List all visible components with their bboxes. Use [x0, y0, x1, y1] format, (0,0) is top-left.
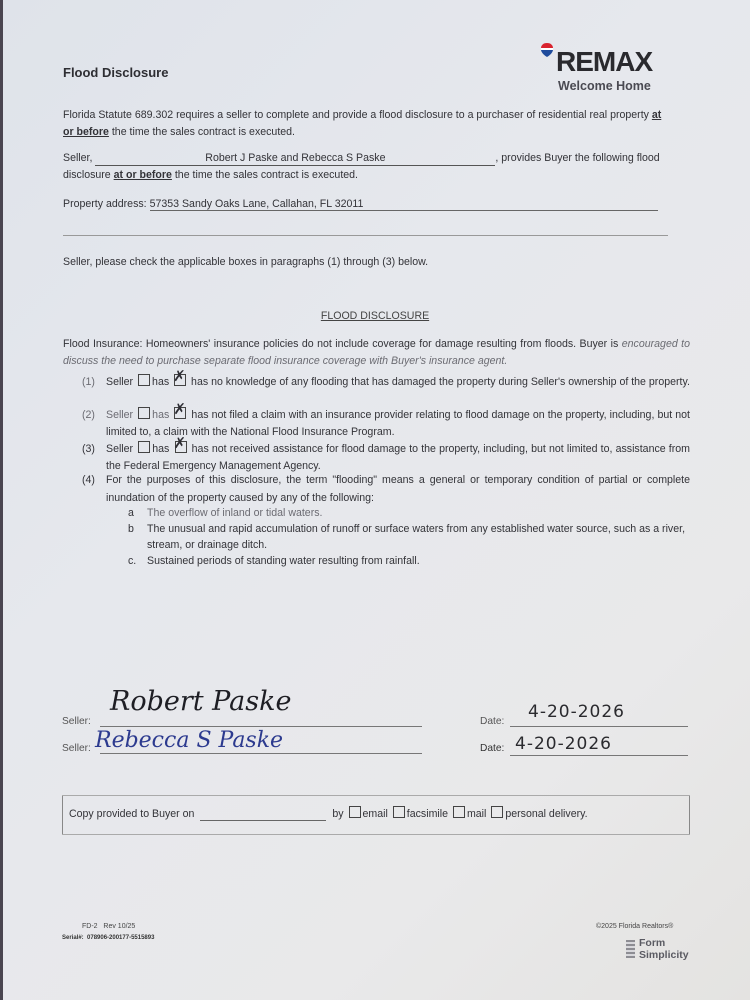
form-id: FD-2 Rev 10/25 [82, 923, 135, 930]
seller-1-signature-line [100, 726, 422, 727]
address-continuation-line [63, 235, 668, 236]
item-text: For the purposes of this disclosure, the… [106, 471, 690, 507]
personal-delivery-label: personal delivery. [505, 808, 587, 820]
has-label: has [152, 443, 169, 455]
sub-item-text: The unusual and rapid accumulation of ru… [147, 521, 690, 553]
document-title: Flood Disclosure [63, 65, 168, 80]
seller-paragraph: Seller, Robert J Paske and Rebecca S Pas… [63, 150, 668, 184]
property-address-label: Property address: [63, 198, 147, 210]
sub-item-text: Sustained periods of standing water resu… [147, 553, 690, 569]
copy-provided-box: Copy provided to Buyer on by email facsi… [62, 795, 690, 835]
statute-text-end: the time the sales contract is executed. [109, 126, 295, 138]
disclosure-item-1: (1) Seller has has no knowledge of any f… [82, 374, 690, 391]
remax-logo: REMAX Welcome Home [538, 40, 668, 100]
balloon-icon [540, 42, 554, 58]
seller-2-signature-line [100, 753, 422, 754]
seller-2-label: Seller: [62, 743, 91, 754]
brand-tagline: Welcome Home [558, 79, 651, 93]
date-1-value[interactable]: 4-20-2026 [528, 702, 625, 722]
sub-item-text: The overflow of inland or tidal waters. [147, 505, 690, 521]
seller-label: Seller [106, 443, 133, 455]
email-checkbox[interactable] [349, 806, 361, 818]
by-label: by [332, 808, 343, 820]
form-simplicity-text-2: Simplicity [639, 950, 689, 962]
seller-label: Seller [106, 376, 133, 388]
seller-1-label: Seller: [62, 716, 91, 727]
item-number: (2) [82, 407, 95, 424]
disclosure-item-4: (4) For the purposes of this disclosure,… [82, 471, 690, 507]
date-2-label: Date: [480, 743, 504, 754]
has-checkbox[interactable] [138, 374, 150, 386]
sub-item-letter: a [128, 505, 134, 521]
date-2-value[interactable]: 4-20-2026 [515, 734, 612, 754]
date-1-label: Date: [480, 716, 504, 727]
property-address-field[interactable]: 57353 Sandy Oaks Lane, Callahan, FL 3201… [150, 198, 658, 211]
personal-delivery-checkbox[interactable] [491, 806, 503, 818]
copy-date-field[interactable] [200, 808, 326, 821]
seller-1-signature[interactable]: Robert Paske [110, 686, 291, 717]
has-label: has [152, 376, 169, 388]
serial-number: Serial#: 078906-200177-5515893 [62, 935, 154, 941]
seller-2-signature[interactable]: Rebecca S Paske [95, 728, 283, 753]
sub-item-c: c. Sustained periods of standing water r… [128, 553, 690, 569]
seller-text-end: the time the sales contract is executed. [172, 169, 358, 181]
mail-label: mail [467, 808, 486, 820]
statute-paragraph: Florida Statute 689.302 requires a selle… [63, 107, 668, 141]
form-revision: Rev 10/25 [103, 923, 135, 930]
form-simplicity-text-1: Form [639, 938, 689, 950]
has-not-checkbox[interactable] [174, 374, 186, 386]
sub-item-b: b The unusual and rapid accumulation of … [128, 521, 690, 553]
form-id-text: FD-2 [82, 923, 98, 930]
brand-name: REMAX [556, 46, 652, 78]
seller-emphasis: at or before [114, 169, 172, 181]
copy-provided-label: Copy provided to Buyer on [69, 808, 194, 820]
mail-checkbox[interactable] [453, 806, 465, 818]
disclosure-item-3: (3) Seller has has not received assistan… [82, 441, 690, 474]
has-label: has [152, 409, 169, 421]
sub-item-letter: b [128, 521, 134, 537]
item-text: has not filed a claim with an insurance … [106, 409, 690, 438]
facsimile-label: facsimile [407, 808, 448, 820]
seller-names-field[interactable]: Robert J Paske and Rebecca S Paske [95, 151, 495, 166]
property-address-row: Property address: 57353 Sandy Oaks Lane,… [63, 198, 667, 211]
date-2-line [510, 755, 688, 756]
copyright: ©2025 Florida Realtors® [596, 923, 673, 930]
has-checkbox[interactable] [138, 441, 150, 453]
seller-label: Seller, [63, 152, 92, 164]
form-simplicity-logo: Form Simplicity [626, 938, 696, 964]
seller-label: Seller [106, 409, 133, 421]
has-not-checkbox[interactable] [174, 407, 186, 419]
has-not-checkbox[interactable] [175, 441, 187, 453]
has-checkbox[interactable] [138, 407, 150, 419]
item-number: (3) [82, 441, 95, 458]
flood-insurance-paragraph: Flood Insurance: Homeowners' insurance p… [63, 336, 690, 370]
serial-label: Serial#: [62, 935, 84, 941]
serial-value: 078906-200177-5515893 [87, 935, 154, 941]
copy-provided-row: Copy provided to Buyer on by email facsi… [69, 806, 588, 821]
item-text: has not received assistance for flood da… [106, 443, 690, 472]
item-number: (1) [82, 374, 95, 391]
document-page: Flood Disclosure REMAX Welcome Home Flor… [0, 0, 750, 1000]
flood-insurance-text: Flood Insurance: Homeowners' insurance p… [63, 338, 618, 350]
section-title: FLOOD DISCLOSURE [0, 310, 750, 322]
email-label: email [363, 808, 388, 820]
item-text: has no knowledge of any flooding that ha… [191, 376, 690, 388]
item-number: (4) [82, 471, 95, 489]
sub-item-letter: c. [128, 553, 136, 569]
instructions-text: Seller, please check the applicable boxe… [63, 254, 428, 271]
document-icon [626, 940, 635, 958]
facsimile-checkbox[interactable] [393, 806, 405, 818]
sub-item-a: a The overflow of inland or tidal waters… [128, 505, 690, 521]
date-1-line [510, 726, 688, 727]
statute-text: Florida Statute 689.302 requires a selle… [63, 109, 652, 121]
